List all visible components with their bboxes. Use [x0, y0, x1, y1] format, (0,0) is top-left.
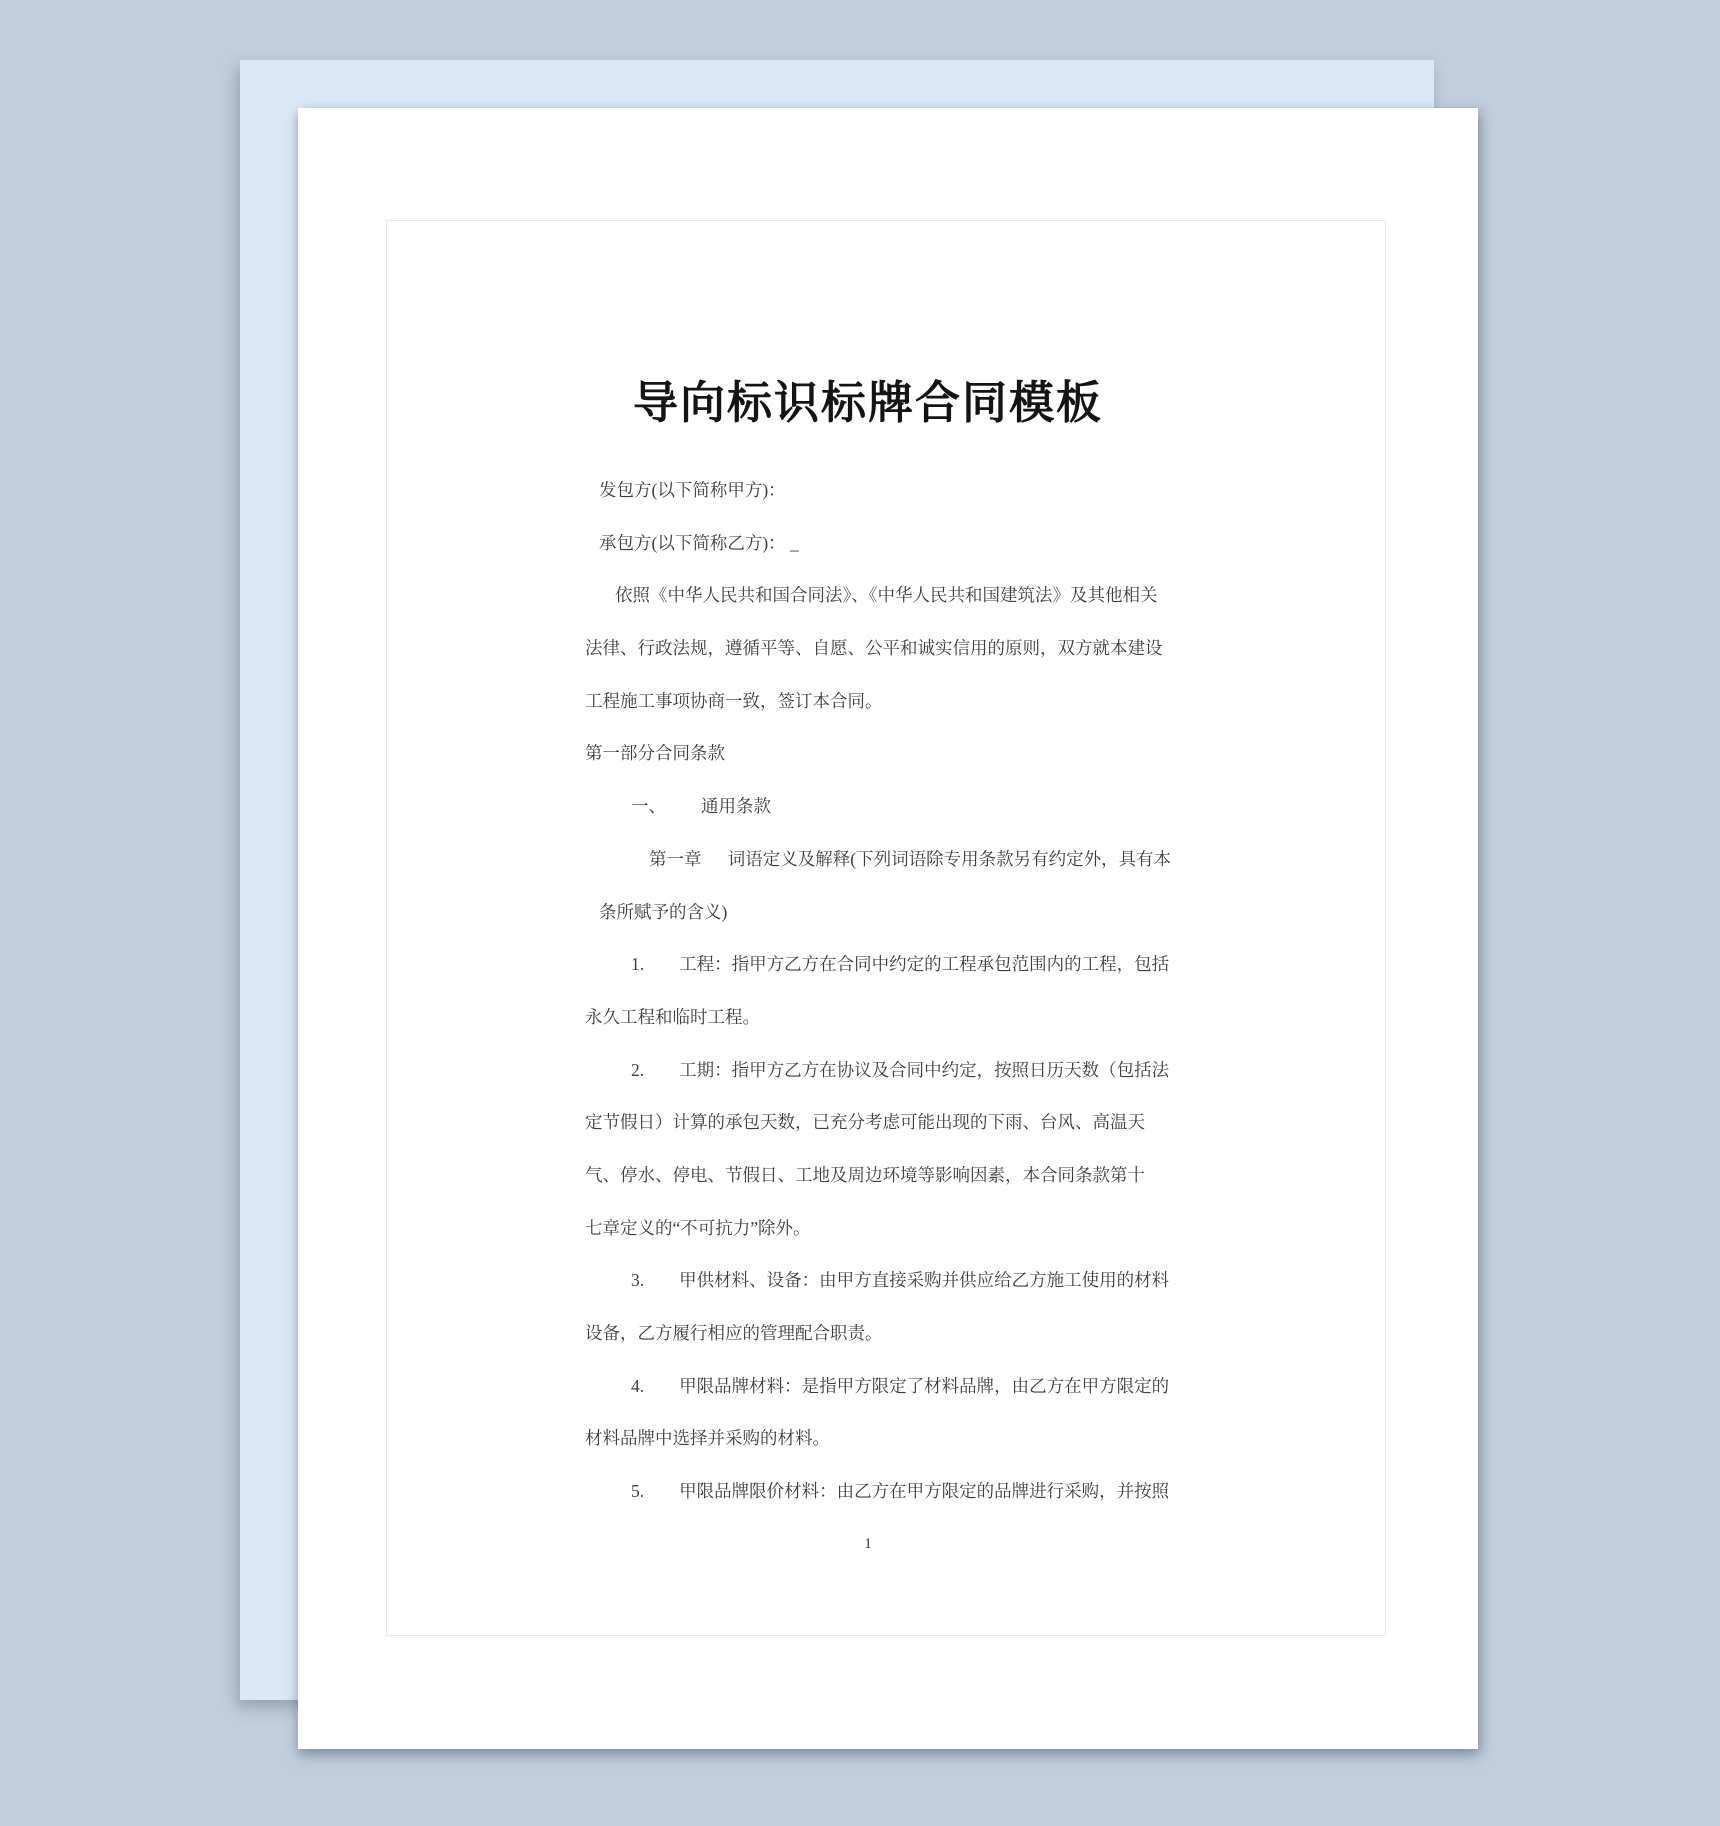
text-line: 发包方(以下简称甲方)：: [585, 464, 1151, 517]
text-line: 设备，乙方履行相应的管理配合职责。: [585, 1307, 1151, 1360]
text-line: 4. 甲限品牌材料：是指甲方限定了材料品牌，由乙方在甲方限定的: [585, 1360, 1151, 1413]
text-line: 承包方(以下简称乙方)： _: [585, 517, 1151, 570]
text-line: 2. 工期：指甲方乙方在协议及合同中约定，按照日历天数（包括法: [585, 1044, 1151, 1097]
document-title: 导向标识标牌合同模板: [585, 378, 1151, 428]
text-line: 条所赋予的含义): [585, 886, 1151, 939]
preview-background: 导向标识标牌合同模板 发包方(以下简称甲方)： 承包方(以下简称乙方)： _ 依…: [0, 0, 1720, 1826]
text-line: 1. 工程：指甲方乙方在合同中约定的工程承包范围内的工程，包括: [585, 938, 1151, 991]
document-page: 导向标识标牌合同模板 发包方(以下简称甲方)： 承包方(以下简称乙方)： _ 依…: [298, 108, 1478, 1749]
text-line: 第一章 词语定义及解释(下列词语除专用条款另有约定外，具有本: [585, 833, 1151, 886]
text-line: 材料品牌中选择并采购的材料。: [585, 1412, 1151, 1465]
text-line: 法律、行政法规，遵循平等、自愿、公平和诚实信用的原则，双方就本建设: [585, 622, 1151, 675]
page-number: 1: [585, 1518, 1151, 1571]
document-body: 发包方(以下简称甲方)： 承包方(以下简称乙方)： _ 依照《中华人民共和国合同…: [585, 464, 1151, 1570]
text-line: 第一部分合同条款: [585, 727, 1151, 780]
text-line: 3. 甲供材料、设备：由甲方直接采购并供应给乙方施工使用的材料: [585, 1254, 1151, 1307]
text-line: 气、停水、停电、节假日、工地及周边环境等影响因素，本合同条款第十: [585, 1149, 1151, 1202]
text-line: 一、 通用条款: [585, 780, 1151, 833]
text-line: 工程施工事项协商一致，签订本合同。: [585, 675, 1151, 728]
text-line: 定节假日）计算的承包天数，已充分考虑可能出现的下雨、台风、高温天: [585, 1096, 1151, 1149]
text-line: 永久工程和临时工程。: [585, 991, 1151, 1044]
page-content: 导向标识标牌合同模板 发包方(以下简称甲方)： 承包方(以下简称乙方)： _ 依…: [585, 108, 1151, 1570]
text-line: 依照《中华人民共和国合同法》、《中华人民共和国建筑法》及其他相关: [585, 569, 1151, 622]
text-line: 七章定义的“不可抗力”除外。: [585, 1202, 1151, 1255]
text-line: 5. 甲限品牌限价材料：由乙方在甲方限定的品牌进行采购，并按照: [585, 1465, 1151, 1518]
